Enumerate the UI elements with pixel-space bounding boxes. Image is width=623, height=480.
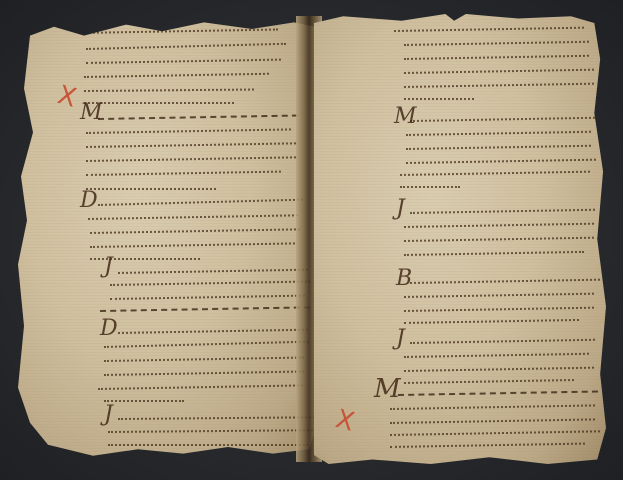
left-page: M D J D J X [18, 18, 318, 458]
right-page: M J B J M X [314, 14, 606, 464]
right-page-handwriting: M J B J M [314, 14, 606, 464]
